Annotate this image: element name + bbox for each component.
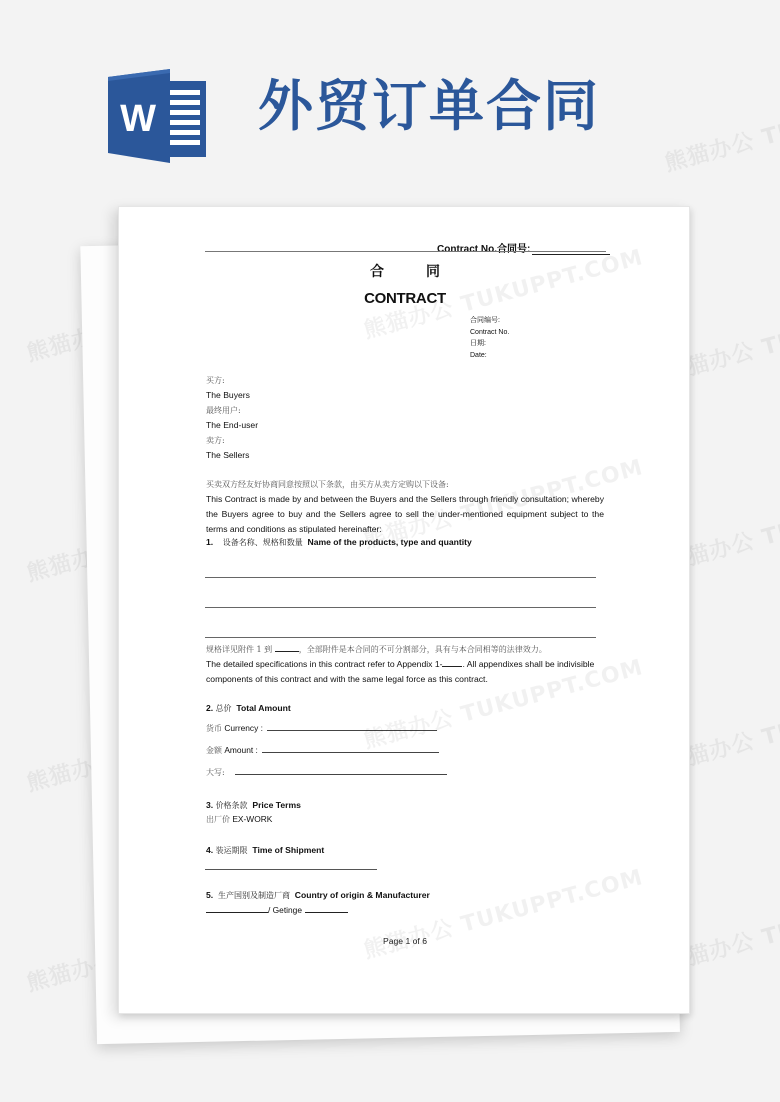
page-number: Page 1 of 6 — [119, 936, 691, 946]
amount-in-words-input[interactable] — [235, 766, 447, 775]
amount-in-words-field: 大写: — [206, 766, 447, 778]
svg-text:W: W — [120, 98, 156, 140]
product-line-1[interactable] — [205, 577, 596, 578]
shipment-time-input[interactable] — [205, 869, 377, 870]
contract-meta: 合同编号: Contract No. 日期: Date: — [470, 315, 509, 361]
header-rule — [205, 251, 606, 252]
appendix-paragraph: 规格详见附件 1 到 ，全部附件是本合同的不可分割部分，具有与本合同相等的法律效… — [206, 642, 604, 687]
intro-en: This Contract is made by and between the… — [206, 492, 604, 537]
amount-input[interactable] — [262, 744, 439, 753]
appendix-en: The detailed specifications in this cont… — [206, 657, 604, 687]
contract-number-blank — [532, 245, 610, 255]
origin-manufacturer-value: / Getinge — [206, 904, 348, 915]
section-4-heading: 4. 装运期限 Time of Shipment — [206, 843, 324, 858]
currency-input[interactable] — [267, 722, 437, 731]
contract-number-header: Contract No.合同号: — [437, 240, 610, 255]
title-chinese: 合同 — [119, 261, 691, 281]
country-of-origin-input[interactable] — [206, 904, 268, 913]
meta-contract-no-cn: 合同编号: — [470, 315, 509, 327]
price-terms-value: 出厂价 EX-WORK — [206, 814, 272, 825]
seller-label-cn: 卖方: — [206, 433, 258, 448]
section-2-heading: 2. 总价 Total Amount — [206, 701, 291, 716]
appendix-range-blank-en[interactable] — [442, 658, 462, 667]
appendix-range-blank-cn[interactable] — [275, 643, 299, 652]
intro-paragraph: 买卖双方经友好协商同意按照以下条款，由买方从卖方定购以下设备: This Con… — [206, 477, 604, 537]
watermark: 熊猫办公 TUKUPPT.COM — [360, 860, 646, 965]
end-user-label-en: The End-user — [206, 418, 258, 433]
intro-cn: 买卖双方经友好协商同意按照以下条款，由买方从卖方定购以下设备: — [206, 477, 604, 492]
word-document-icon: W — [108, 69, 208, 163]
section-3-heading: 3. 价格条款 Price Terms — [206, 798, 301, 813]
section-5-heading: 5. 生产国别及制造厂商 Country of origin & Manufac… — [206, 888, 430, 903]
section-1-heading: 1. 设备名称、规格和数量 Name of the products, type… — [206, 537, 472, 548]
product-line-3[interactable] — [205, 637, 596, 638]
product-line-2[interactable] — [205, 607, 596, 608]
amount-field: 金额 Amount : — [206, 744, 439, 756]
seller-label-en: The Sellers — [206, 448, 258, 463]
banner: W 外贸订单合同 — [0, 0, 780, 190]
document-page: Contract No.合同号: 合同 CONTRACT 合同编号: Contr… — [118, 206, 690, 1014]
parties: 买方: The Buyers 最终用户: The End-user 卖方: Th… — [206, 373, 258, 463]
meta-date-en: Date: — [470, 350, 509, 362]
buyer-label-cn: 买方: — [206, 373, 258, 388]
appendix-cn: 规格详见附件 1 到 ，全部附件是本合同的不可分割部分，具有与本合同相等的法律效… — [206, 642, 604, 657]
meta-contract-no-en: Contract No. — [470, 327, 509, 339]
end-user-label-cn: 最终用户: — [206, 403, 258, 418]
currency-field: 货币 Currency : — [206, 722, 437, 734]
banner-title: 外贸订单合同 — [258, 78, 600, 133]
meta-date-cn: 日期: — [470, 338, 509, 350]
title-english: CONTRACT — [119, 290, 691, 307]
buyer-label-en: The Buyers — [206, 388, 258, 403]
manufacturer-extra-input[interactable] — [305, 904, 348, 913]
